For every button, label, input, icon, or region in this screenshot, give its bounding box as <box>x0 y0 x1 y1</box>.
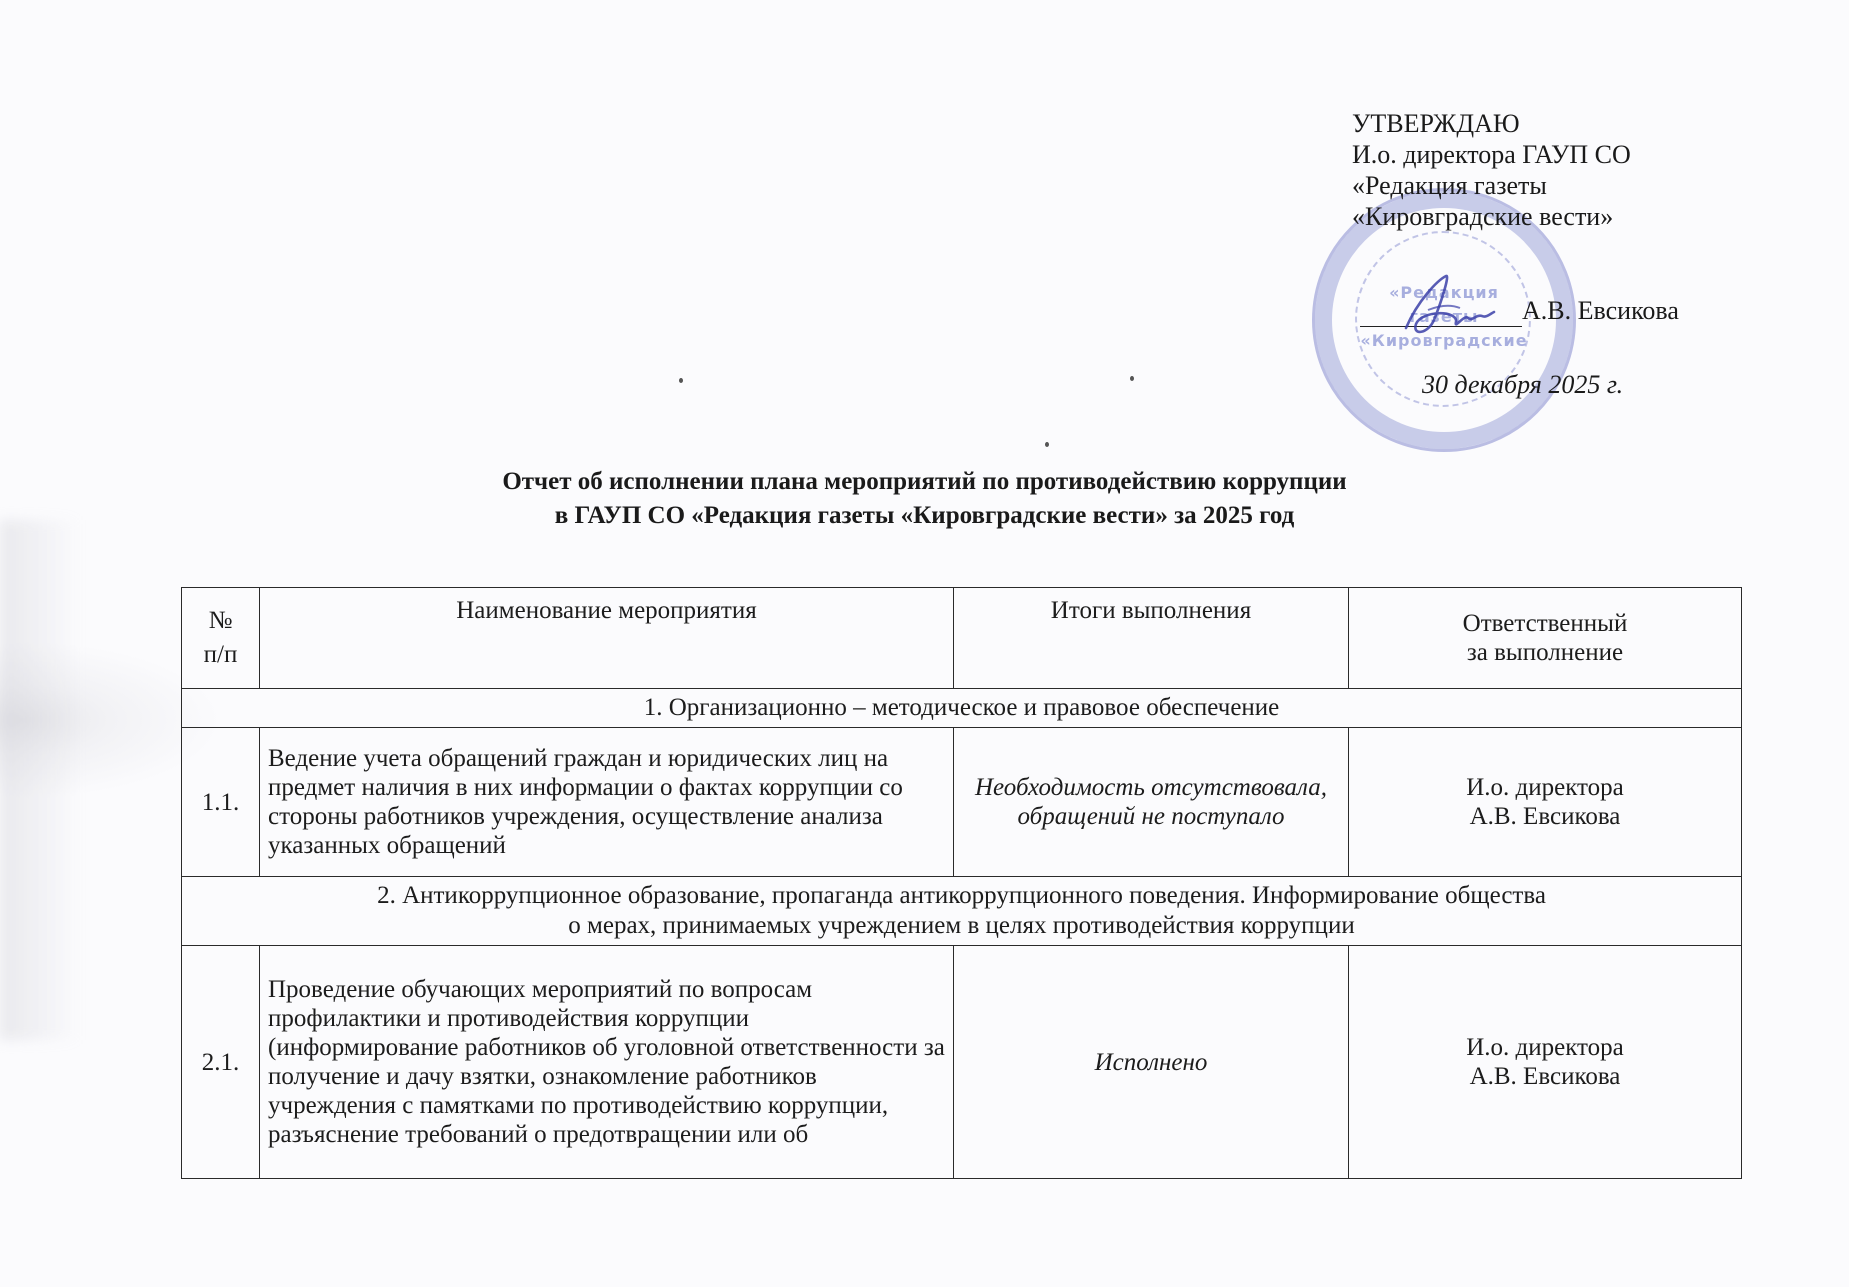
responsible-person: И.о. директора А.В. Евсикова <box>1349 946 1742 1179</box>
section-title: 2. Антикоррупционное образование, пропаг… <box>182 877 1742 946</box>
activity-name: Ведение учета обращений граждан и юридич… <box>260 728 954 877</box>
activity-result: Необходимость отсутствовала, обращений н… <box>954 728 1349 877</box>
scan-speck <box>679 378 683 383</box>
header-number: № п/п <box>182 588 260 689</box>
approval-position: И.о. директора ГАУП СО <box>1352 139 1772 170</box>
header-responsible: Ответственный за выполнение <box>1349 588 1742 689</box>
responsible-position: И.о. директора <box>1357 1033 1733 1062</box>
section-title: 1. Организационно – методическое и право… <box>182 689 1742 728</box>
title-line-1: Отчет об исполнении плана мероприятий по… <box>0 465 1849 499</box>
header-number-pp: п/п <box>190 638 251 672</box>
handwritten-signature-icon <box>1398 270 1498 340</box>
header-result: Итоги выполнения <box>954 588 1349 689</box>
activity-result: Исполнено <box>954 946 1349 1179</box>
approval-date: 30 декабря 2025 г. <box>1422 370 1623 400</box>
section-title-line-2: о мерах, принимаемых учреждением в целях… <box>190 911 1733 941</box>
document-title: Отчет об исполнении плана мероприятий по… <box>0 465 1849 533</box>
table-row: 1.1. Ведение учета обращений граждан и ю… <box>182 728 1742 877</box>
scanned-page: «Редакция газеты «Кировградские УТВЕРЖДА… <box>0 0 1849 1287</box>
plan-report-table: № п/п Наименование мероприятия Итоги вып… <box>181 587 1742 1179</box>
responsible-name: А.В. Евсикова <box>1357 1062 1733 1091</box>
approval-heading: УТВЕРЖДАЮ <box>1352 108 1772 139</box>
section-header-1: 1. Организационно – методическое и право… <box>182 689 1742 728</box>
title-line-2: в ГАУП СО «Редакция газеты «Кировградски… <box>0 499 1849 533</box>
activity-name: Проведение обучающих мероприятий по вопр… <box>260 946 954 1179</box>
header-responsible-line-2: за выполнение <box>1357 638 1733 667</box>
responsible-position: И.о. директора <box>1357 773 1733 802</box>
row-number: 2.1. <box>182 946 260 1179</box>
scan-speck <box>1045 442 1049 447</box>
header-activity-name: Наименование мероприятия <box>260 588 954 689</box>
approval-org-line-1: «Редакция газеты <box>1352 170 1772 201</box>
table-header-row: № п/п Наименование мероприятия Итоги вып… <box>182 588 1742 689</box>
signatory-name: А.В. Евсикова <box>1522 296 1679 326</box>
row-number: 1.1. <box>182 728 260 877</box>
header-responsible-line-1: Ответственный <box>1357 609 1733 638</box>
table-row: 2.1. Проведение обучающих мероприятий по… <box>182 946 1742 1179</box>
responsible-person: И.о. директора А.В. Евсикова <box>1349 728 1742 877</box>
approval-block: УТВЕРЖДАЮ И.о. директора ГАУП СО «Редакц… <box>1352 108 1772 232</box>
responsible-name: А.В. Евсикова <box>1357 802 1733 831</box>
approval-org-line-2: «Кировградские вести» <box>1352 201 1772 232</box>
section-header-2: 2. Антикоррупционное образование, пропаг… <box>182 877 1742 946</box>
scan-edge-shadow <box>0 520 80 1040</box>
scan-speck <box>1130 376 1134 381</box>
section-title-line-1: 2. Антикоррупционное образование, пропаг… <box>190 881 1733 911</box>
header-number-sign: № <box>190 604 251 638</box>
